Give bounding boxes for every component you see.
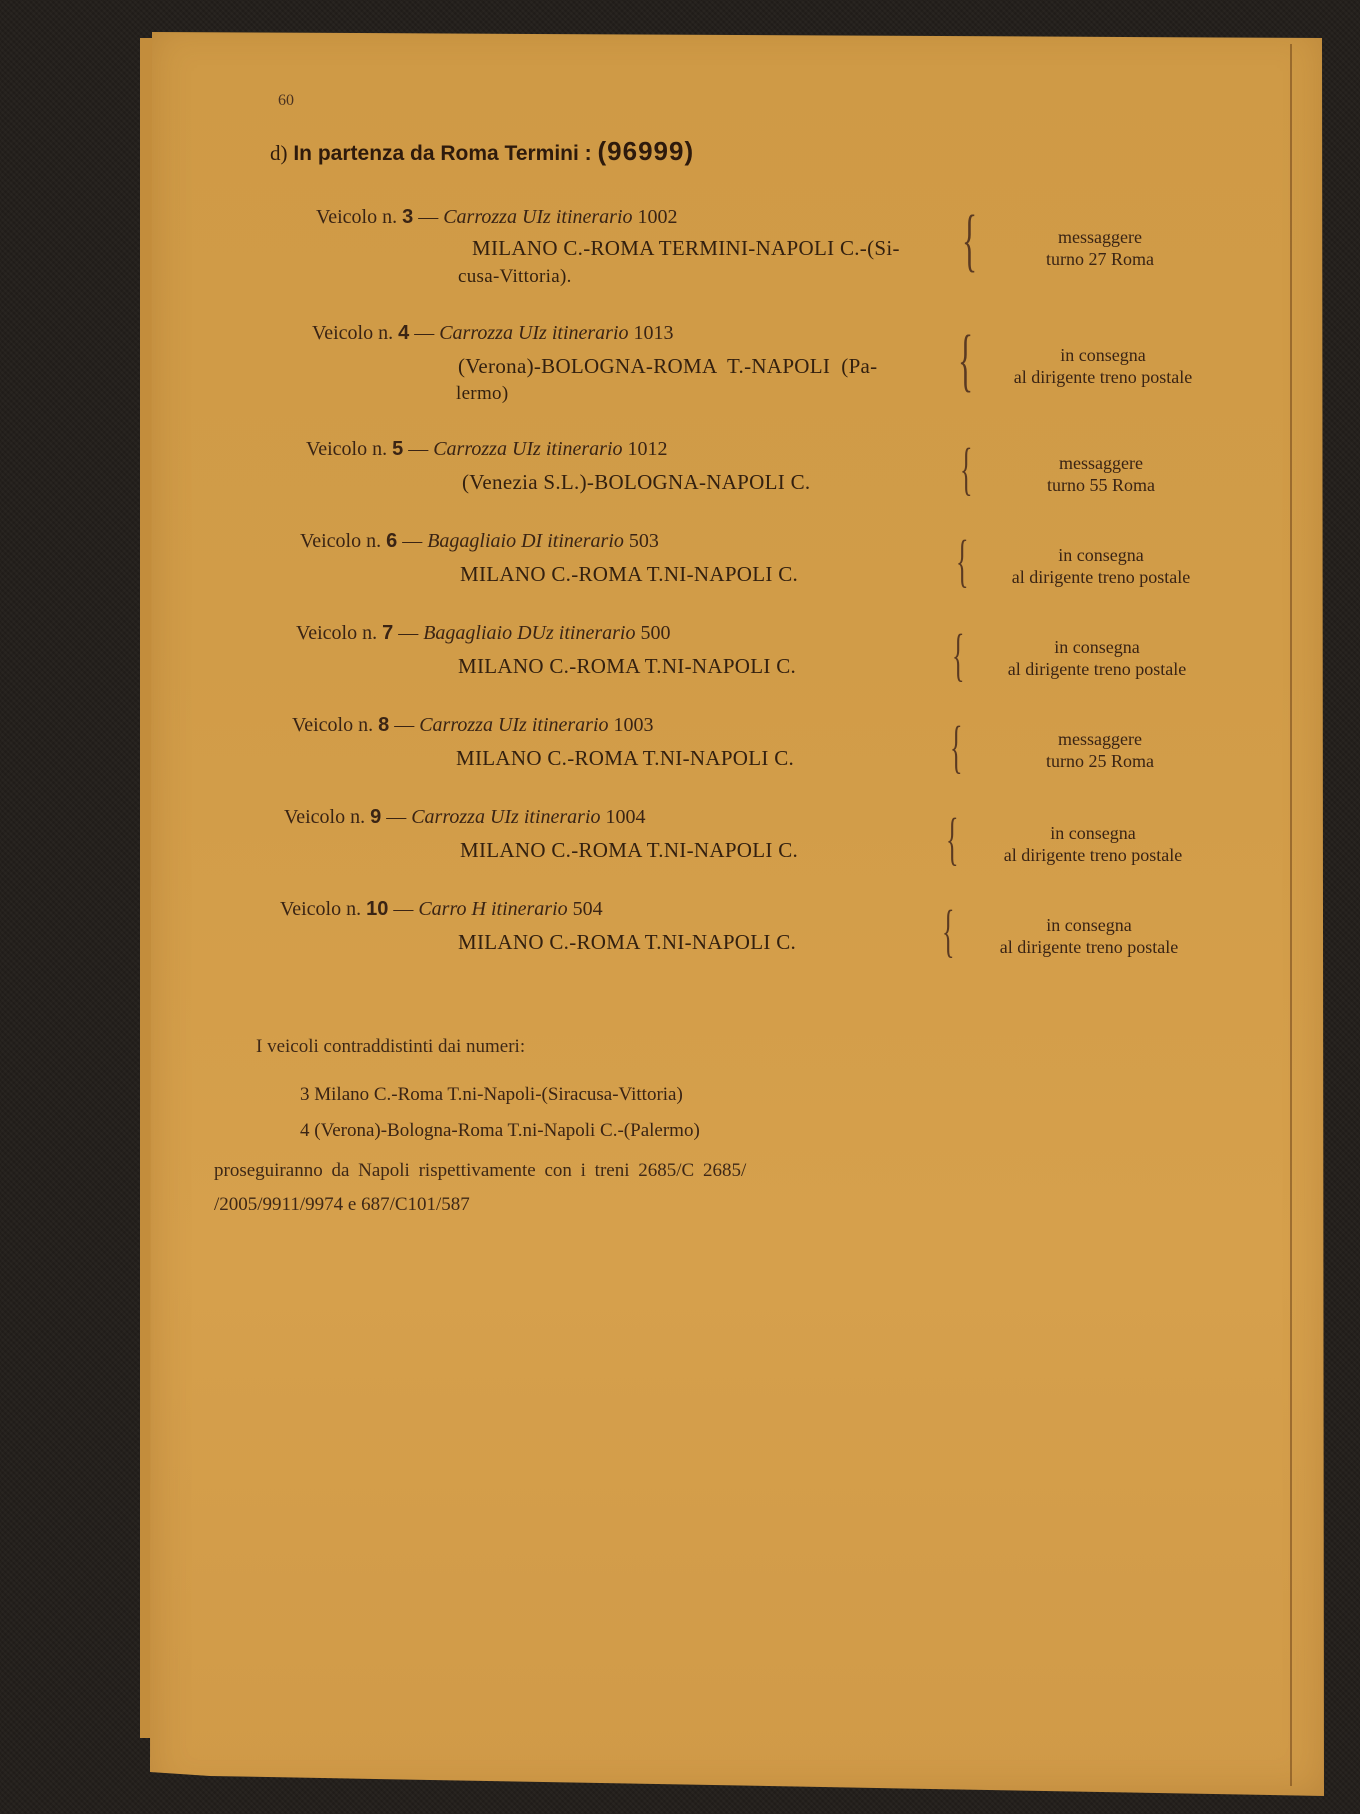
brace-icon: { xyxy=(952,626,965,684)
assignment-line: in consegna xyxy=(970,544,1232,566)
vehicle-type: Carrozza UIz itinerario xyxy=(419,714,608,736)
vehicle-number: 5 xyxy=(392,438,403,460)
assignment-line: in consegna xyxy=(960,822,1226,844)
vehicle-itinerary: 1013 xyxy=(634,322,674,344)
assignment-line: messaggere xyxy=(1006,452,1196,474)
note-item-3: 3 Milano C.-Roma T.ni-Napoli-(Siracusa-V… xyxy=(300,1084,683,1106)
section-letter: d) xyxy=(270,141,288,165)
brace-icon: { xyxy=(946,810,959,868)
brace-icon: { xyxy=(958,326,973,396)
vehicle-assignment: messaggere turno 25 Roma xyxy=(1000,728,1200,772)
vehicle-entry-9: Veicolo n. 9 — Carrozza UIz itinerario 1… xyxy=(284,806,646,829)
assignment-line: al dirigente treno postale xyxy=(966,658,1228,680)
vehicle-label: Veicolo n. xyxy=(316,206,397,228)
vehicle-route-line: MILANO C.-ROMA T.NI-NAPOLI C. xyxy=(458,930,796,955)
assignment-line: turno 55 Roma xyxy=(1006,474,1196,496)
assignment-line: al dirigente treno postale xyxy=(960,844,1226,866)
vehicle-entry-4: Veicolo n. 4 — Carrozza UIz itinerario 1… xyxy=(312,322,674,345)
vehicle-number: 7 xyxy=(382,622,393,644)
vehicle-assignment: in consegna al dirigente treno postale xyxy=(956,914,1222,958)
vehicle-assignment: in consegna al dirigente treno postale xyxy=(970,544,1232,588)
vehicle-itinerary: 1003 xyxy=(614,714,654,736)
vehicle-label: Veicolo n. xyxy=(296,622,377,644)
vehicle-route-line: cusa-Vittoria). xyxy=(458,266,572,288)
vehicle-entry-3: Veicolo n. 3 — Carrozza UIz itinerario 1… xyxy=(316,206,678,229)
vehicle-number: 9 xyxy=(370,806,381,828)
vehicle-label: Veicolo n. xyxy=(284,806,365,828)
section-title-text: In partenza da Roma Termini : xyxy=(293,142,591,165)
vehicle-route-line: MILANO C.-ROMA T.NI-NAPOLI C. xyxy=(460,562,798,587)
vehicle-assignment: messaggere turno 55 Roma xyxy=(1006,452,1196,496)
assignment-line: in consegna xyxy=(956,914,1222,936)
note-item-text: (Verona)-Bologna-Roma T.ni-Napoli C.-(Pa… xyxy=(314,1120,700,1141)
note-conclusion-line: proseguiranno da Napoli rispettivamente … xyxy=(214,1160,746,1182)
vehicle-dash: — xyxy=(402,530,422,552)
assignment-line: messaggere xyxy=(1000,728,1200,750)
section-heading: d) In partenza da Roma Termini : (96999) xyxy=(270,136,694,167)
brace-icon: { xyxy=(962,206,977,276)
vehicle-type: Carrozza UIz itinerario xyxy=(433,438,622,460)
vehicle-itinerary: 500 xyxy=(640,622,670,644)
vehicle-dash: — xyxy=(394,714,414,736)
note-item-text: Milano C.-Roma T.ni-Napoli-(Siracusa-Vit… xyxy=(314,1084,683,1105)
vehicle-type: Bagagliaio DUz itinerario xyxy=(423,622,635,644)
vehicle-route-line: MILANO C.-ROMA T.NI-NAPOLI C. xyxy=(460,838,798,863)
brace-icon: { xyxy=(956,532,969,590)
brace-icon: { xyxy=(950,718,963,776)
vehicle-dash: — xyxy=(414,322,434,344)
vehicle-itinerary: 504 xyxy=(573,898,603,920)
vehicle-entry-10: Veicolo n. 10 — Carro H itinerario 504 xyxy=(280,898,603,921)
assignment-line: turno 25 Roma xyxy=(1000,750,1200,772)
vehicle-itinerary: 503 xyxy=(629,530,659,552)
vehicle-route-line: (Venezia S.L.)-BOLOGNA-NAPOLI C. xyxy=(462,470,810,495)
brace-icon: { xyxy=(960,440,973,498)
brace-icon: { xyxy=(942,902,955,960)
vehicle-route-line: lermo) xyxy=(456,383,508,405)
note-intro: I veicoli contraddistinti dai numeri: xyxy=(256,1036,525,1058)
vehicle-route-line: MILANO C.-ROMA T.NI-NAPOLI C. xyxy=(458,654,796,679)
vehicle-route-line: MILANO C.-ROMA TERMINI-NAPOLI C.-(Si- xyxy=(472,236,900,261)
note-item-4: 4 (Verona)-Bologna-Roma T.ni-Napoli C.-(… xyxy=(300,1120,700,1142)
vehicle-assignment: in consegna al dirigente treno postale xyxy=(960,822,1226,866)
vehicle-number: 8 xyxy=(378,714,389,736)
vehicle-route-line: (Verona)-BOLOGNA-ROMA T.-NAPOLI (Pa- xyxy=(458,354,877,379)
vehicle-label: Veicolo n. xyxy=(292,714,373,736)
vehicle-type: Bagagliaio DI itinerario xyxy=(427,530,624,552)
vehicle-dash: — xyxy=(408,438,428,460)
vehicle-number: 3 xyxy=(402,206,413,228)
note-item-number: 4 xyxy=(300,1120,310,1141)
assignment-line: al dirigente treno postale xyxy=(970,566,1232,588)
vehicle-type: Carrozza UIz itinerario xyxy=(411,806,600,828)
assignment-line: in consegna xyxy=(972,344,1234,366)
vehicle-number: 6 xyxy=(386,530,397,552)
vehicle-entry-6: Veicolo n. 6 — Bagagliaio DI itinerario … xyxy=(300,530,659,553)
vehicle-number: 4 xyxy=(398,322,409,344)
vehicle-dash: — xyxy=(393,898,413,920)
assignment-line: turno 27 Roma xyxy=(1010,248,1190,270)
vehicle-route-line: MILANO C.-ROMA T.NI-NAPOLI C. xyxy=(456,746,794,771)
assignment-line: messaggere xyxy=(1010,226,1190,248)
vehicle-entry-7: Veicolo n. 7 — Bagagliaio DUz itinerario… xyxy=(296,622,670,645)
vehicle-number: 10 xyxy=(366,898,388,920)
vehicle-itinerary: 1012 xyxy=(628,438,668,460)
vehicle-itinerary: 1002 xyxy=(638,206,678,228)
note-item-number: 3 xyxy=(300,1084,310,1105)
vehicle-assignment: messaggere turno 27 Roma xyxy=(1010,226,1190,270)
vehicle-assignment: in consegna al dirigente treno postale xyxy=(966,636,1228,680)
vehicle-entry-5: Veicolo n. 5 — Carrozza UIz itinerario 1… xyxy=(306,438,668,461)
vehicle-label: Veicolo n. xyxy=(312,322,393,344)
vehicle-dash: — xyxy=(386,806,406,828)
vehicle-type: Carrozza UIz itinerario xyxy=(443,206,632,228)
vehicle-label: Veicolo n. xyxy=(280,898,361,920)
vehicle-type: Carro H itinerario xyxy=(418,898,567,920)
assignment-line: in consegna xyxy=(966,636,1228,658)
vehicle-dash: — xyxy=(418,206,438,228)
vehicle-assignment: in consegna al dirigente treno postale xyxy=(972,344,1234,388)
vehicle-itinerary: 1004 xyxy=(606,806,646,828)
vehicle-label: Veicolo n. xyxy=(300,530,381,552)
page-number: 60 xyxy=(278,92,294,110)
vehicle-dash: — xyxy=(398,622,418,644)
vehicle-entry-8: Veicolo n. 8 — Carrozza UIz itinerario 1… xyxy=(292,714,654,737)
note-conclusion-line: /2005/9911/9974 e 687/C101/587 xyxy=(214,1194,470,1216)
vehicle-type: Carrozza UIz itinerario xyxy=(439,322,628,344)
assignment-line: al dirigente treno postale xyxy=(972,366,1234,388)
section-code: (96999) xyxy=(598,136,695,166)
assignment-line: al dirigente treno postale xyxy=(956,936,1222,958)
vehicle-label: Veicolo n. xyxy=(306,438,387,460)
